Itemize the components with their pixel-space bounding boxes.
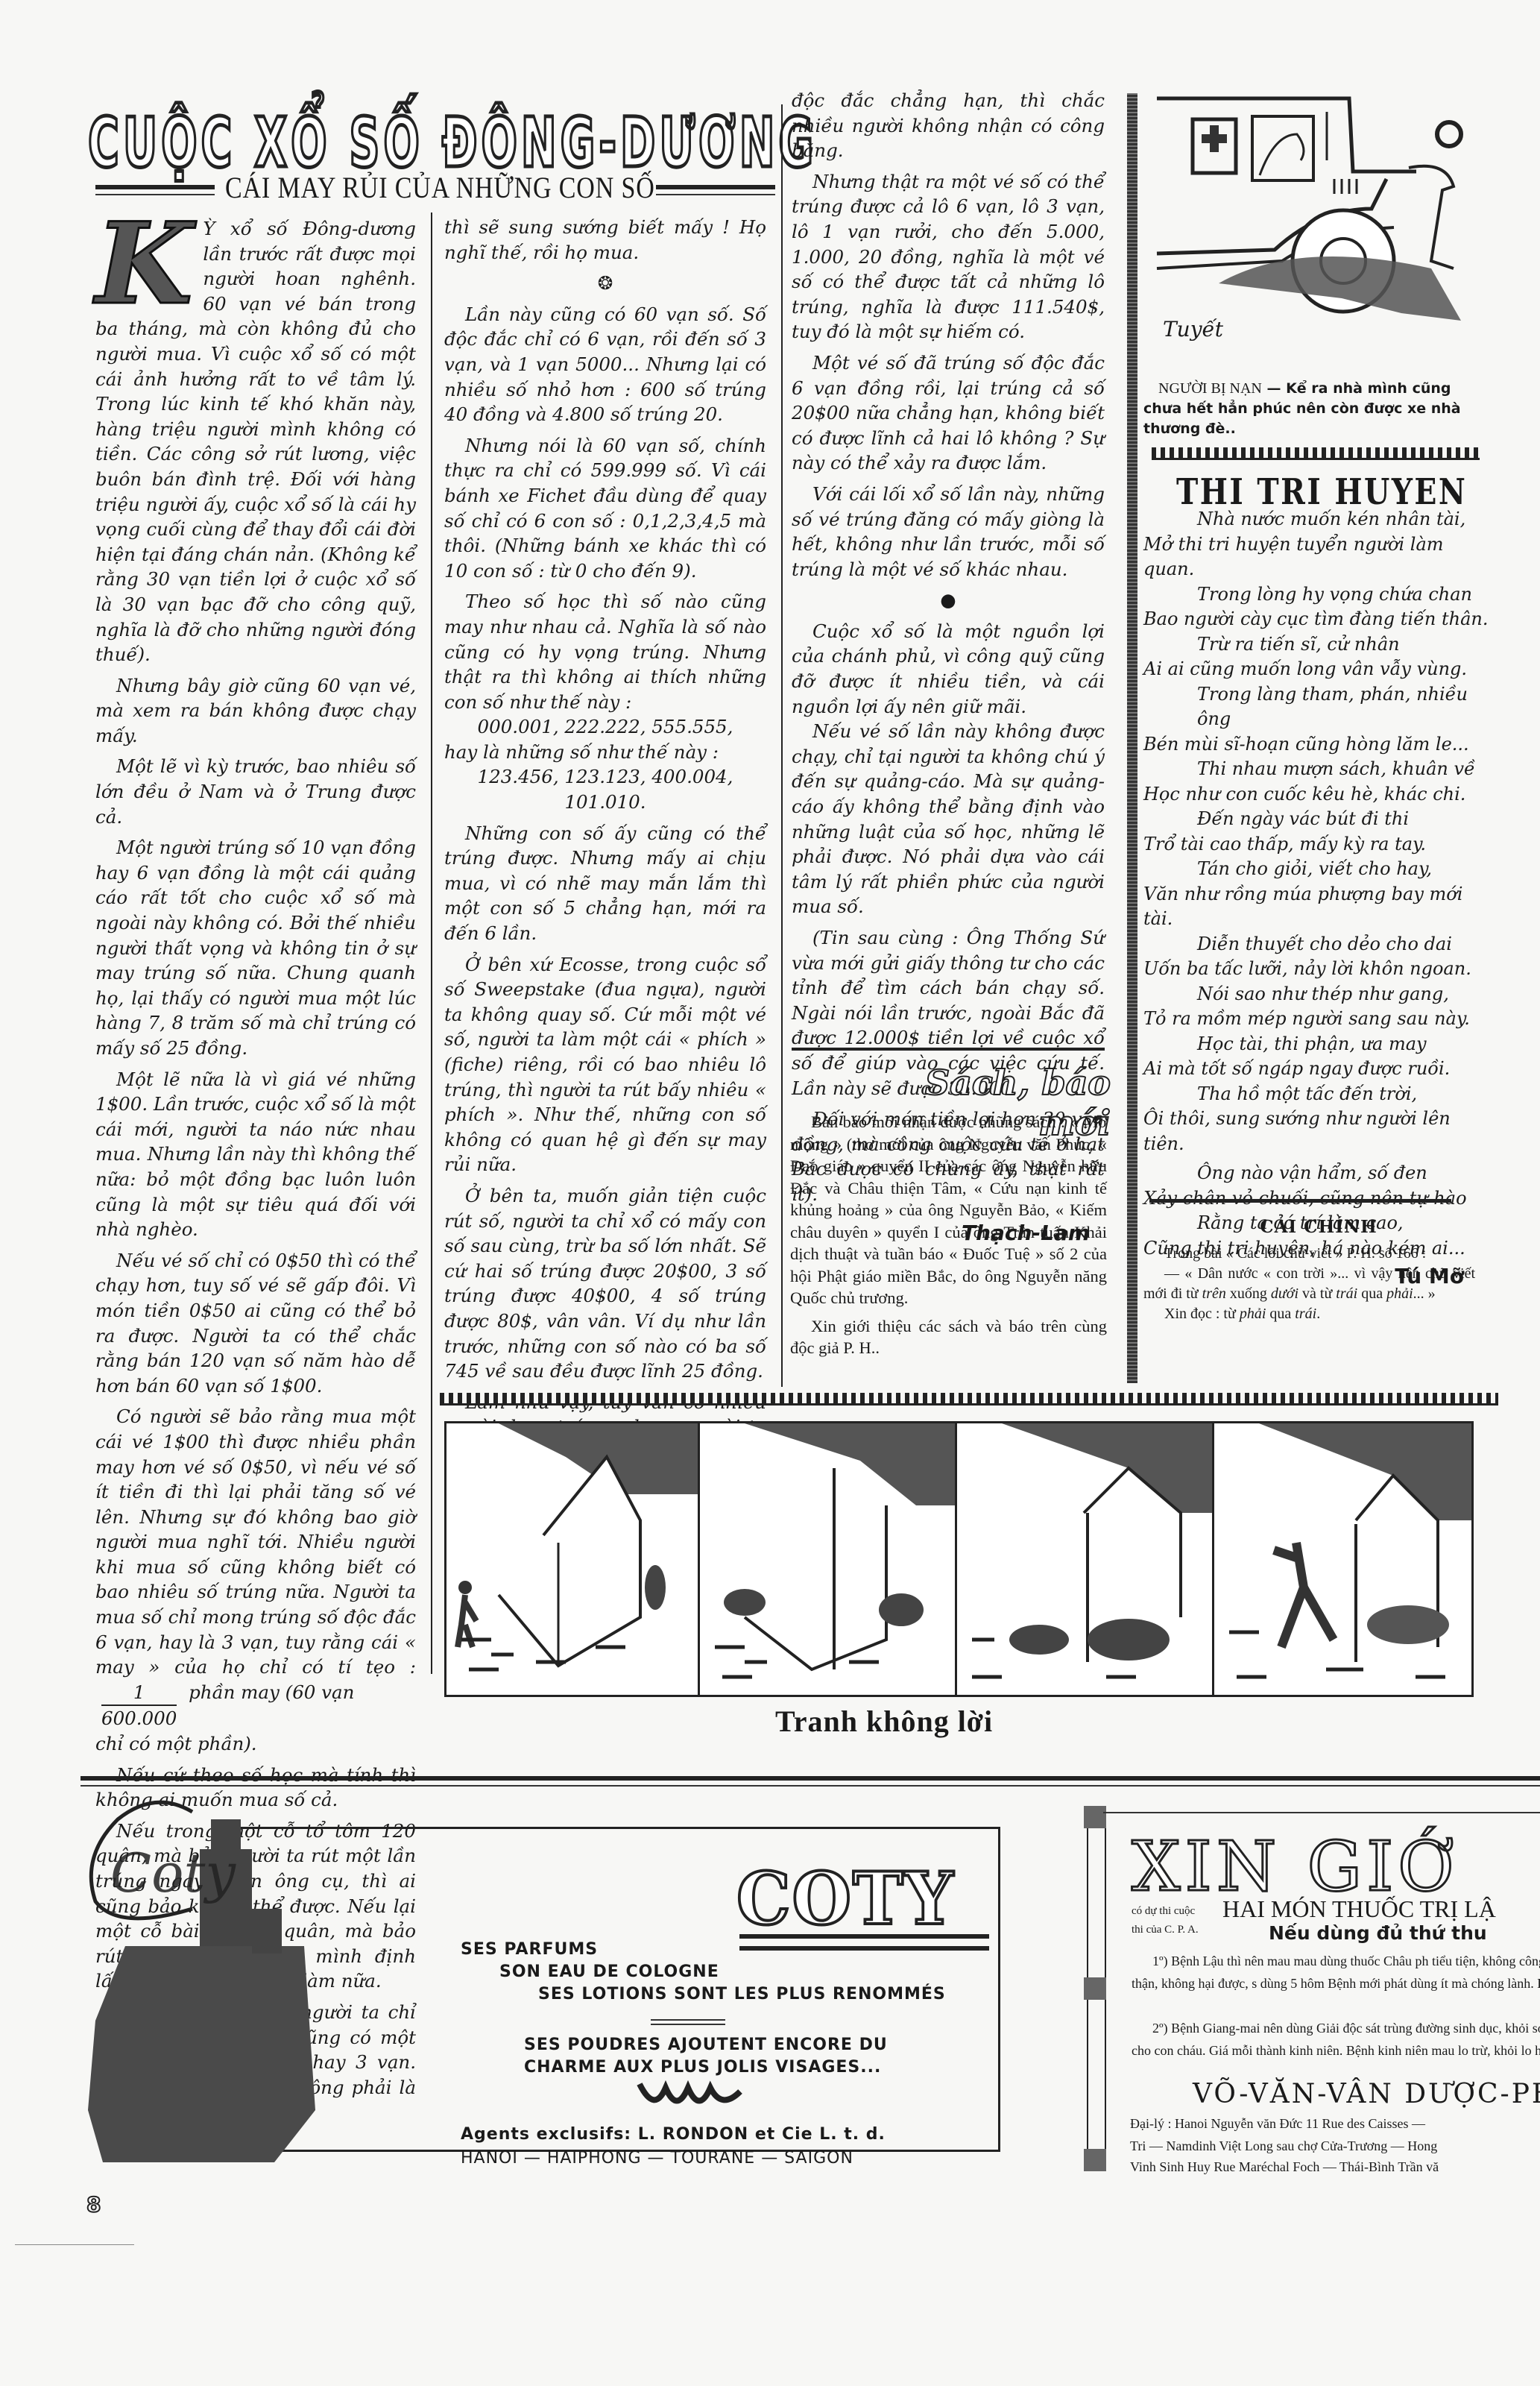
pharma-agents: Vinh Sinh Huy Rue Maréchal Foch — Thái-B…: [1130, 2159, 1439, 2175]
quote: — « Dân nước « con trời »... vì vậy nên …: [1143, 1264, 1475, 1304]
page-bottom-rule: [15, 2244, 134, 2245]
pharma-small: thi của C. P. A.: [1132, 1924, 1199, 1936]
title-rule-right: [656, 185, 775, 189]
ad-top-rule: [1103, 1812, 1540, 1813]
comic-panel: [444, 1421, 702, 1697]
divider: [651, 2019, 725, 2021]
poem-line: Học tài, thi phận, ưa may: [1143, 1032, 1494, 1057]
brand-rule: [739, 1946, 989, 1951]
paragraph: Ở bên ta, muốn giản tiện cuộc rút số, ng…: [444, 1183, 766, 1384]
poem-line: Học như con cuốc kêu hè, khác chi.: [1143, 782, 1494, 808]
fraction: 1 600.000: [101, 1680, 177, 1731]
coty-line: SES POUDRES AJOUTENT ENCORE DU: [524, 2036, 888, 2054]
comic-panel: [698, 1421, 959, 1697]
coty-line: CHARME AUX PLUS JOLIS VISAGES...: [524, 2058, 881, 2077]
pharma-agents: Tri — Namdinh Việt Long sau chợ Cửa-Trươ…: [1130, 2138, 1437, 2154]
poem-line: Tỏ ra mồm mép người sang sau này.: [1143, 1007, 1494, 1032]
cartoon-caption: NGƯỜI BỊ NẠN — Kể ra nhà mình cũng chưa …: [1143, 379, 1486, 439]
paragraph: Nhưng nói là 60 vạn số, chính thực ra ch…: [444, 433, 766, 584]
pharmacy-advertisement: XIN GIỚ có dự thi cuộc thi của C. P. A. …: [1073, 1804, 1540, 2177]
poem-line: Tán cho giỏi, viết cho hay,: [1143, 857, 1494, 882]
ornamental-rule: [1152, 447, 1480, 460]
section-rule: [792, 1048, 1105, 1051]
paragraph: Một lẽ nữa là vì giá vé những 1$00. Lần …: [95, 1067, 416, 1242]
fix-note: Xin đọc : từ phải qua trái.: [1143, 1304, 1475, 1324]
section-rule: [81, 1776, 1540, 1781]
pharma-agents: Đại-lý : Hanoi Nguyễn văn Đức 11 Rue des…: [1130, 2116, 1425, 2132]
coty-cities: HANOI — HAIPHONG — TOURANE — SAIGON: [461, 2149, 853, 2168]
paragraph: Có người sẽ bảo rằng mua một cái vé 1$00…: [95, 1404, 416, 1731]
coty-line: SON EAU DE COLOGNE: [499, 1962, 719, 1981]
coty-line: SES LOTIONS SONT LES PLUS RENOMMÉS: [538, 1985, 946, 2003]
poem-line: Ai mà tốt số ngáp ngay được ruồi.: [1143, 1057, 1494, 1082]
paragraph: độc đắc chẳng hạn, thì chắc nhiều người …: [792, 88, 1105, 163]
ornament-icon: ❂: [444, 271, 766, 296]
poem-line: Mở thi tri huyện tuyển người làm quan.: [1143, 532, 1494, 582]
paragraph: Lần này cũng có 60 vạn số. Số độc đắc ch…: [444, 302, 766, 427]
number-list: 123.456, 123.123, 400.004, 101.010.: [444, 764, 766, 814]
paragraph: Với cái lối xổ số lần này, những số vé t…: [792, 482, 1105, 582]
paragraph: Một lẽ vì kỳ trước, bao nhiêu số lớn đều…: [95, 754, 416, 829]
poem-line: Văn như rồng múa phượng bay mới tài.: [1143, 882, 1494, 932]
coty-advertisement: Coty COTY SES PARFUMS SON EAU DE COLOGNE…: [81, 1797, 1005, 2185]
decorative-border: [1127, 93, 1137, 1383]
poem-line: Ông nào vận hẩm, số đen: [1143, 1161, 1494, 1186]
column-divider: [431, 213, 432, 1674]
decorative-column: [1087, 1806, 1106, 2171]
paragraph: Một người trúng số 10 vạn đồng hay 6 vạn…: [95, 835, 416, 1060]
poem-line: Trổ tài cao thấp, mấy kỳ ra tay.: [1143, 832, 1494, 857]
pharma-big: Nếu dùng đủ thứ thu: [1269, 1922, 1487, 1944]
coty-agents: Agents exclusifs: L. RONDON et Cie L. t.…: [461, 2125, 886, 2144]
pharma-big: HAI MÓN THUỐC TRỊ LẬ: [1222, 1895, 1496, 1923]
comic-strip: [444, 1421, 1473, 1697]
paragraph: Nhưng thật ra một vé số có thể trúng đượ…: [792, 169, 1105, 344]
comic-panel: [955, 1421, 1216, 1697]
poem-line: Thi nhau mượn sách, khuân về: [1143, 757, 1494, 782]
poem-line: Trong làng tham, phán, nhiều ông: [1143, 682, 1494, 732]
divider: [651, 2024, 725, 2025]
pharma-headline: XIN GIỚ: [1132, 1827, 1459, 1907]
paragraph-tail: chỉ có một phần).: [95, 1731, 416, 1757]
pharma-item: 1º) Bệnh Lậu thì nên mau mau dùng thuốc …: [1132, 1950, 1540, 1995]
house-man-dog-icon: [446, 1423, 700, 1695]
comic-panel: [1212, 1421, 1474, 1697]
poem-line: Trong lòng hy vọng chứa chan: [1143, 582, 1494, 608]
drop-cap: K: [95, 219, 192, 309]
section-rule-thin: [81, 1785, 1540, 1787]
poem-line: Ai ai cũng muốn long vân vẫy vùng.: [1143, 657, 1494, 682]
paragraph: Theo số học thì số nào cũng may như nhau…: [444, 589, 766, 714]
article-subtitle: CÁI MAY RỦI CỦA NHỮNG CON SỐ: [225, 170, 655, 205]
pharma-small: có dự thi cuộc: [1132, 1905, 1195, 1918]
house-dog-tiger-icon: [700, 1423, 957, 1695]
books-section: Bản báo mới nhận được những sách : « Mơ …: [790, 1111, 1107, 1365]
paragraph: Nếu vé số lần này không được chạy, chỉ t…: [792, 719, 1105, 919]
pharma-brand: VÕ-VĂN-VÂN DƯỢC-PH: [1193, 2079, 1540, 2109]
column-divider: [781, 104, 783, 1387]
title-rule-right-thin: [656, 194, 775, 195]
paragraph: Ở bên xứ Ecosse, trong cuộc sổ số Sweeps…: [444, 952, 766, 1177]
coty-line: SES PARFUMS: [461, 1940, 598, 1959]
poem-line: Diễn thuyết cho dẻo cho dai: [1143, 932, 1494, 957]
page-number: 8: [86, 2192, 101, 2217]
paragraph: Bản báo mới nhận được những sách : « Mơ …: [790, 1111, 1107, 1309]
title-rule-left-thin: [95, 194, 215, 195]
poem-line: Nói sao như thép như gang,: [1143, 982, 1494, 1007]
wave-ornament-icon: [636, 2077, 748, 2114]
poem-line: Đến ngày vác bút đi thi: [1143, 807, 1494, 832]
dog-tiger-fight-icon: [957, 1423, 1214, 1695]
paragraph: thì sẽ sung sướng biết mấy ! Họ nghĩ thế…: [444, 215, 766, 265]
paragraph: Trong bài « Các lối chữ viết » P. H. số …: [1143, 1244, 1475, 1264]
number-list: 000.001, 222.222, 555.555,: [444, 714, 766, 740]
ornamental-rule: [440, 1393, 1498, 1406]
poem-line: Uốn ba tấc lưỡi, nảy lời khôn ngoan.: [1143, 957, 1494, 982]
poem-line: Nhà nước muốn kén nhân tài,: [1143, 507, 1494, 532]
ornament-icon: ●: [792, 588, 1105, 613]
coty-script-logo: Coty: [110, 1842, 236, 1904]
poem-line: Ôi thôi, sung sướng như người lên tiên.: [1143, 1107, 1494, 1156]
section-rule: [1149, 1199, 1451, 1203]
man-running-tiger-icon: [1214, 1423, 1471, 1695]
poem-body: Nhà nước muốn kén nhân tài, Mở thi tri h…: [1143, 507, 1494, 1289]
correction-title: CẢI CHÍNH: [1143, 1217, 1494, 1237]
brand-rule: [739, 1934, 989, 1939]
paragraph: Xin giới thiệu các sách và báo trên cùng…: [790, 1315, 1107, 1359]
paragraph: hay là những số như thế này :: [444, 740, 766, 765]
paragraph: Nhưng bây giờ cũng 60 vạn vé, mà xem ra …: [95, 673, 416, 749]
pharma-item: 2º) Bệnh Giang-mai nên dùng Giải độc sát…: [1132, 2017, 1540, 2062]
poem-line: Bao người cày cục tìm đàng tiến thân.: [1143, 607, 1494, 632]
title-rule-left: [95, 185, 215, 189]
paragraph: Một vé số đã trúng số độc đắc 6 vạn đồng…: [792, 350, 1105, 476]
coty-brand: COTY: [736, 1857, 955, 1941]
poem-line: Bén mùi sĩ-hoạn cũng hòng lăm le...: [1143, 732, 1494, 758]
paragraph: Nếu vé số chỉ có 0$50 thì có thể chạy hơ…: [95, 1248, 416, 1399]
paragraph: Cuộc xổ số là một nguồn lợi của chánh ph…: [792, 619, 1105, 719]
poem-line: Trừ ra tiến sĩ, cử nhân: [1143, 632, 1494, 658]
paragraph: Những con số ấy cũng có thể trúng được. …: [444, 821, 766, 946]
comic-caption: Tranh không lời: [775, 1704, 993, 1739]
cartoon-signature: Tuyết: [1163, 317, 1223, 341]
poem-line: Tha hồ một tấc đến trời,: [1143, 1082, 1494, 1107]
caption-lead: NGƯỜI BỊ NẠN: [1158, 380, 1262, 397]
correction-body: Trong bài « Các lối chữ viết » P. H. số …: [1143, 1244, 1475, 1330]
